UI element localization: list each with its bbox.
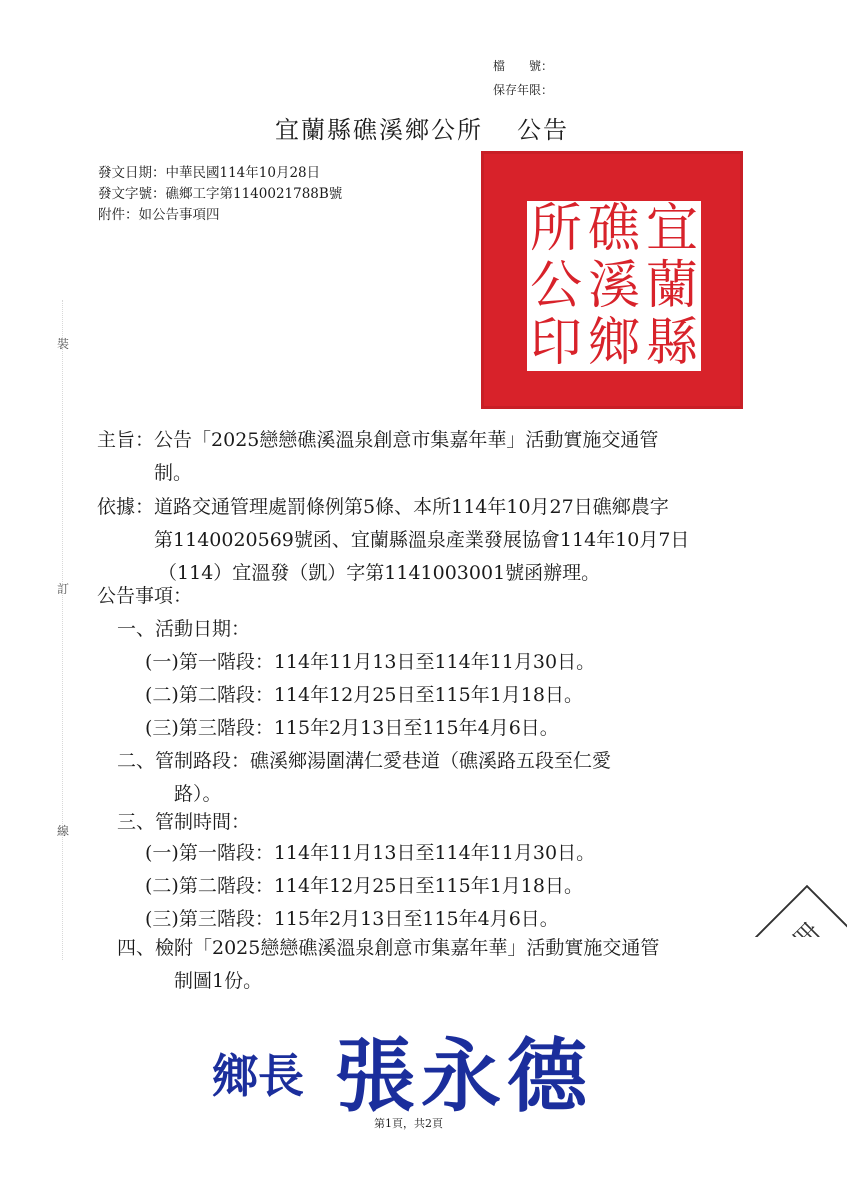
item-one-title: 一、活動日期： [117,613,250,646]
seal-char: 鄉 [585,314,643,371]
item-four-section: 四、檢附「2025戀戀礁溪溫泉創意市集嘉年華」活動實施交通管 制圖1份。 [117,932,659,998]
binding-mark-xian: 線 [57,822,69,839]
seal-char: 縣 [643,314,701,371]
signature-title: 鄉長 [212,1040,304,1106]
basis-section: 依據： 道路交通管理處罰條例第5條、本所114年10月27日礁鄉農字 第1140… [97,491,757,590]
subject-line: 制。 [154,457,658,490]
seal-char: 溪 [585,258,643,315]
seal-char: 礁 [585,201,643,258]
header-info: 發文日期：中華民國114年10月28日 發文字號：礁鄉工字第1140021788… [98,163,342,226]
item-two-section: 二、管制路段：礁溪鄉湯圍溝仁愛巷道（礁溪路五段至仁愛 路）。 [117,745,611,811]
basis-line: 道路交通管理處罰條例第5條、本所114年10月27日礁鄉農字 [154,491,689,524]
binding-line [62,300,63,960]
phase-line: (二)第二階段：114年12月25日至115年1月18日。 [145,870,595,903]
phase-line: (三)第三階段：115年2月13日至115年4月6日。 [145,712,595,745]
signature-name: 張永德 [335,1012,593,1127]
subject-section: 主旨： 公告「2025戀戀礁溪溫泉創意市集嘉年華」活動實施交通管 制。 [97,424,757,490]
document-number: 發文字號：礁鄉工字第1140021788B號 [98,184,342,205]
issuing-organization: 宜蘭縣礁溪鄉公所 [275,116,483,144]
basis-line: 第1140020569號函、宜蘭縣溫泉產業發展協會114年10月7日 [154,524,689,557]
corner-stamp: 冊 [755,885,847,990]
item-three-title: 三、管制時間： [117,806,250,839]
phase-line: (二)第二階段：114年12月25日至115年1月18日。 [145,679,595,712]
basis-line: （114）宜溫發（凱）字第1141003001號函辦理。 [154,557,689,590]
seal-char: 所 [527,201,585,258]
item-four-line: 制圖1份。 [117,965,659,998]
subject-label: 主旨： [97,424,154,490]
issue-date: 發文日期：中華民國114年10月28日 [98,163,342,184]
seal-char: 公 [527,258,585,315]
seal-characters: 所 礁 宜 公 溪 蘭 印 鄉 縣 [527,201,701,371]
seal-char: 蘭 [643,258,701,315]
file-number-label: 檔 號： [493,55,553,77]
item-one-phases: (一)第一階段：114年11月13日至114年11月30日。 (二)第二階段：1… [145,646,595,745]
phase-line: (一)第一階段：114年11月13日至114年11月30日。 [145,646,595,679]
retention-period-label: 保存年限： [493,79,553,101]
document-title: 宜蘭縣礁溪鄉公所公告 [275,110,569,145]
item-three-phases: (一)第一階段：114年11月13日至114年11月30日。 (二)第二階段：1… [145,837,595,936]
binding-mark-zhuang: 裝 [57,335,69,352]
item-two-line: 二、管制路段：礁溪鄉湯圍溝仁愛巷道（礁溪路五段至仁愛 [117,745,611,778]
subject-line: 公告「2025戀戀礁溪溫泉創意市集嘉年華」活動實施交通管 [154,424,658,457]
item-four-line: 四、檢附「2025戀戀礁溪溫泉創意市集嘉年華」活動實施交通管 [117,932,659,965]
binding-mark-ding: 訂 [57,580,69,597]
seal-char: 宜 [643,201,701,258]
page-indicator: 第1頁，共2頁 [374,1115,443,1131]
phase-line: (一)第一階段：114年11月13日至114年11月30日。 [145,837,595,870]
basis-label: 依據： [97,491,154,590]
official-seal: 所 礁 宜 公 溪 蘭 印 鄉 縣 [481,151,743,409]
announcement-items-heading: 公告事項： [97,580,192,613]
seal-char: 印 [527,314,585,371]
attachment-info: 附件：如公告事項四 [98,205,342,226]
document-type: 公告 [517,116,569,144]
